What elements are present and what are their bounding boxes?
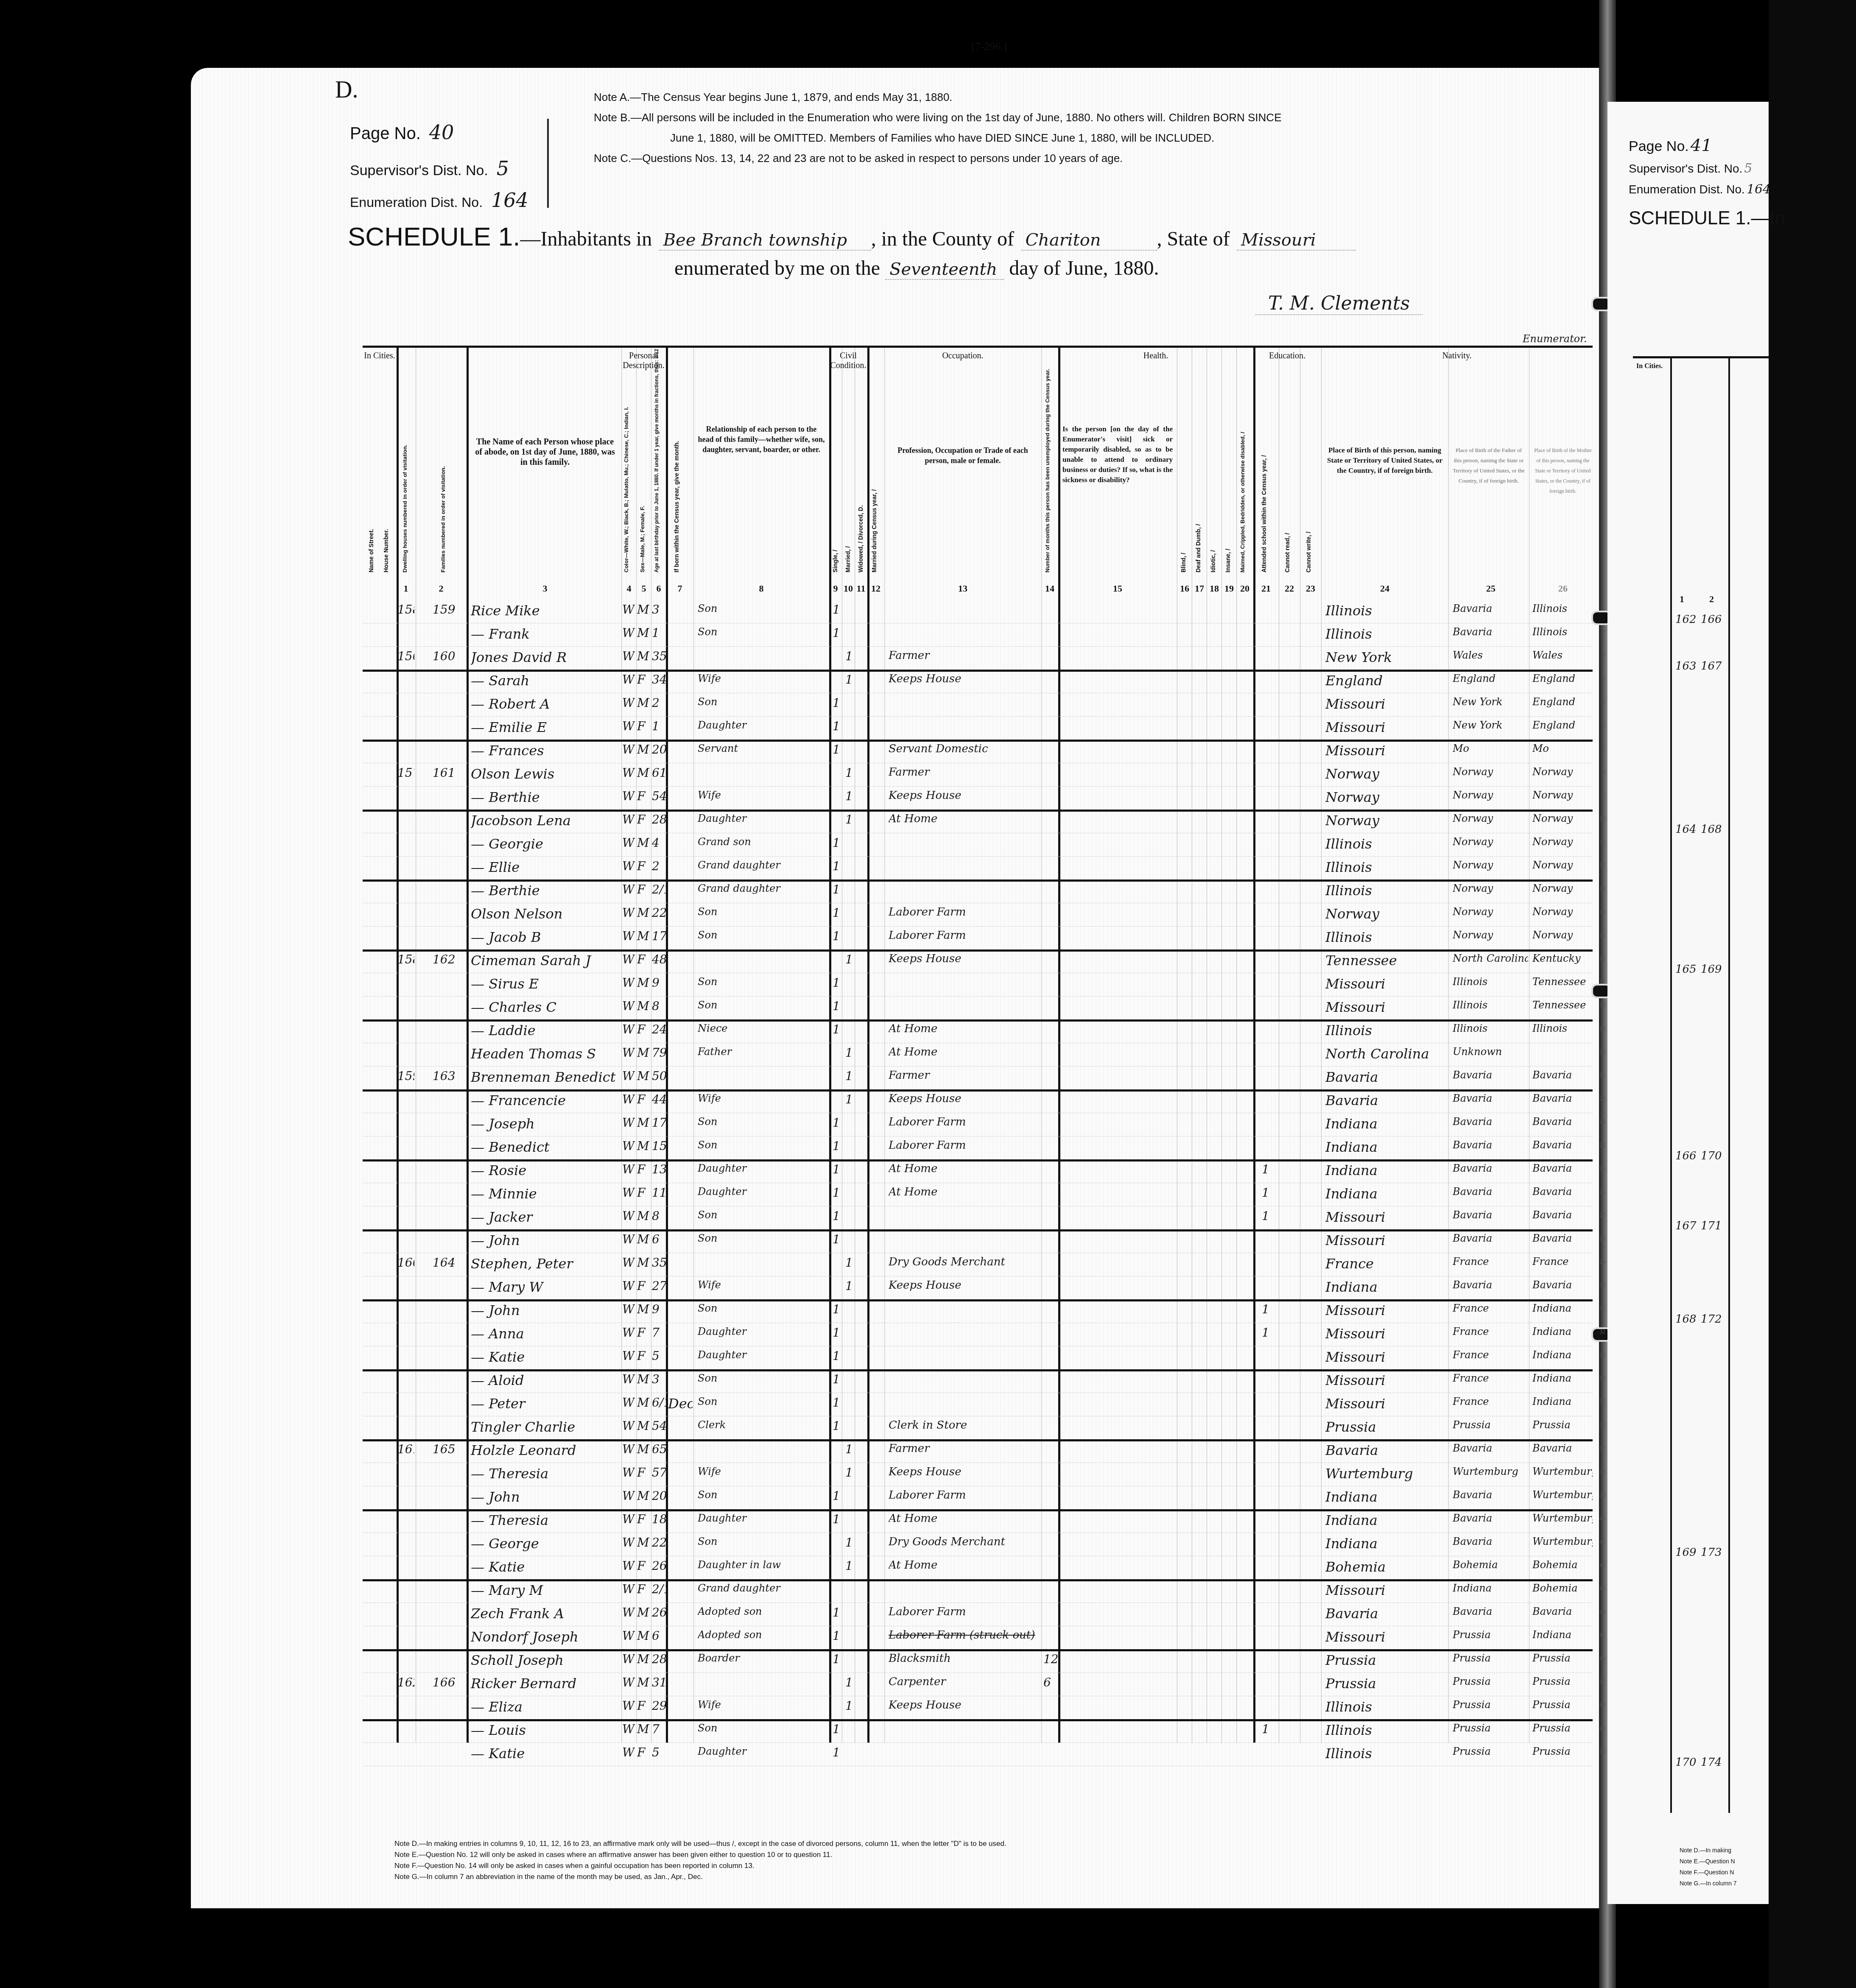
cell-color: W <box>622 719 635 733</box>
cell-father-birthplace: Bavaria <box>1453 1232 1528 1244</box>
cell-birthplace: Illinois <box>1325 603 1446 619</box>
cell-father-birthplace: Bavaria <box>1453 1512 1528 1524</box>
cell-birthplace: Bohemia <box>1325 1559 1446 1575</box>
cell-person-name: Jacobson Lena <box>471 813 619 829</box>
header-c1: Dwelling houses numbered in order of vis… <box>401 390 409 572</box>
cell-color: W <box>622 882 635 896</box>
cell-sex: M <box>637 1256 650 1270</box>
line-number: 20 <box>1599 1049 1605 1056</box>
cell-mother-birthplace: Indiana <box>1532 1372 1593 1384</box>
cell-relationship: Son <box>698 1232 827 1244</box>
cell-father-birthplace: Bavaria <box>1453 1069 1528 1081</box>
enumerator-label: Enumerator. <box>1523 333 1587 345</box>
next-dwelling-number: 168 <box>1675 1313 1697 1326</box>
colnum-6: 6 <box>650 583 667 594</box>
cell-age: 1 <box>652 626 666 640</box>
table-row: 162166Ricker BernardWM311Carpenter6Pruss… <box>363 1673 1593 1696</box>
line-number: 37 <box>1599 1446 1605 1452</box>
line-number: 10 <box>1599 816 1605 823</box>
cell-relationship: Adopted son <box>698 1605 827 1617</box>
cell-person-name: — Charles C <box>471 999 619 1015</box>
table-row: — Sirus EWM9Son1MissouriIllinoisTennesse… <box>363 973 1593 997</box>
cell-age: 1 <box>652 719 666 733</box>
cell-person-name: — John <box>471 1232 619 1248</box>
cell-sex: M <box>637 626 650 640</box>
cell-person-name: Brenneman Benedict <box>471 1069 619 1085</box>
cell-birthplace: Illinois <box>1325 882 1446 899</box>
note-d: Note D.—In making entries in columns 9, … <box>394 1838 1412 1849</box>
table-row: Zech Frank AWM26Adopted son1Laborer Farm… <box>363 1603 1593 1626</box>
cell-birthplace: Missouri <box>1325 1396 1446 1412</box>
cell-birthplace: Norway <box>1325 813 1446 829</box>
cell-relationship: Son <box>698 1116 827 1128</box>
cell-dwelling-number: 159 <box>397 1069 414 1083</box>
table-row: — BenedictWM15Son1Laborer FarmIndianaBav… <box>363 1136 1593 1162</box>
cell-color: W <box>622 766 635 780</box>
cell-relationship: Wife <box>698 1279 827 1291</box>
header-c7: If born within the Census year, give the… <box>672 373 681 572</box>
cell-sex: M <box>637 976 650 990</box>
cell-mother-birthplace: Illinois <box>1532 603 1593 614</box>
cell-mother-birthplace: Wurtemburg <box>1532 1466 1593 1477</box>
cell-mother-birthplace: Norway <box>1532 836 1593 848</box>
next-dwelling-number: 166 <box>1675 1150 1697 1162</box>
cell-person-name: Holzle Leonard <box>471 1442 619 1458</box>
cell-father-birthplace: France <box>1453 1302 1528 1314</box>
cell-occupation: Laborer Farm <box>889 1139 1039 1152</box>
table-row: — FrancencieWF44Wife1Keeps HouseBavariaB… <box>363 1090 1593 1113</box>
cell-color: W <box>622 1349 635 1363</box>
cell-relationship: Son <box>698 696 827 708</box>
cell-sex: F <box>637 1022 650 1036</box>
cell-age: 2/12 <box>652 1582 666 1596</box>
cell-sex: M <box>637 1372 650 1386</box>
cell-father-birthplace: Bavaria <box>1453 1536 1528 1547</box>
table-row: — PeterWM6/12DecSon1MissouriFranceIndian… <box>363 1393 1593 1416</box>
cell-sex: F <box>637 1466 650 1480</box>
colnum-17: 17 <box>1191 583 1208 594</box>
cell-color: W <box>622 1605 635 1619</box>
cell-occupation: Keeps House <box>889 1279 1039 1292</box>
cell-occupation: Servant Domestic <box>889 743 1039 755</box>
table-row: — Mary WWF27Wife1Keeps HouseIndianaBavar… <box>363 1276 1593 1301</box>
cell-relationship: Daughter <box>698 1349 827 1361</box>
header-c20: Maimed, Crippled, Bedridden, or otherwis… <box>1238 373 1247 572</box>
header-c22: Cannot read, / <box>1283 488 1291 572</box>
cell-occupation: Laborer Farm <box>889 1116 1039 1128</box>
table-row: — AnnaWF7Daughter11MissouriFranceIndiana… <box>363 1323 1593 1346</box>
cell-family-number: 159 <box>433 603 466 617</box>
cell-color: W <box>622 789 635 803</box>
cell-mother-birthplace: Wales <box>1532 649 1593 661</box>
line-number: 9 <box>1602 793 1605 799</box>
cell-sex: F <box>637 1326 650 1340</box>
cell-color: W <box>622 1675 635 1689</box>
cell-dwelling-number: 158 <box>397 952 414 966</box>
line-number: 13 <box>1599 886 1605 893</box>
colnum-26: 26 <box>1554 583 1571 594</box>
cell-sex: M <box>637 649 650 663</box>
cell-married-mark: 1 <box>845 1536 854 1550</box>
cell-birthplace: Missouri <box>1325 743 1446 759</box>
cell-color: W <box>622 696 635 710</box>
cell-sex: M <box>637 1629 650 1643</box>
cell-father-birthplace: Illinois <box>1453 976 1528 988</box>
next-dwelling-number: 167 <box>1675 1220 1697 1232</box>
cell-mother-birthplace: Bavaria <box>1532 1232 1593 1244</box>
header-c16: Blind, / <box>1179 526 1188 572</box>
cell-single-mark: 1 <box>833 1186 841 1200</box>
cell-sex: M <box>637 1419 650 1433</box>
cell-relationship: Wife <box>698 789 827 801</box>
cell-color: W <box>622 813 635 826</box>
cell-sex: M <box>637 603 650 617</box>
cell-color: W <box>622 1326 635 1340</box>
next-family-number: 167 <box>1701 660 1722 673</box>
cell-birthplace: Wurtemburg <box>1325 1466 1446 1482</box>
cell-single-mark: 1 <box>833 882 841 896</box>
cell-occupation: Keeps House <box>889 1699 1039 1712</box>
cell-sex: F <box>637 1349 650 1363</box>
cell-color: W <box>622 859 635 873</box>
line-number: 27 <box>1599 1212 1605 1219</box>
cell-sex: F <box>637 1745 650 1759</box>
cell-single-mark: 1 <box>833 1605 841 1619</box>
cell-single-mark: 1 <box>833 1722 841 1736</box>
form-id: [7-296.] <box>971 40 1007 53</box>
cell-age: 9 <box>652 1302 666 1316</box>
cell-married-mark: 1 <box>845 649 854 663</box>
cell-mother-birthplace: Norway <box>1532 882 1593 894</box>
cell-age: 22 <box>652 906 666 920</box>
cell-relationship: Boarder <box>698 1652 827 1664</box>
cell-person-name: — Katie <box>471 1349 619 1365</box>
cell-occupation: Laborer Farm <box>889 906 1039 919</box>
header-notes: Note A.—The Census Year begins June 1, 1… <box>594 87 1527 168</box>
cell-family-number: 162 <box>433 952 466 966</box>
cell-sex: M <box>637 743 650 757</box>
cell-age: 8 <box>652 1209 666 1223</box>
cell-relationship: Son <box>698 1536 827 1547</box>
cell-occupation: Keeps House <box>889 952 1039 965</box>
cell-married-mark: 1 <box>845 1046 854 1060</box>
cell-father-birthplace: Unknown <box>1453 1046 1528 1058</box>
cell-sex: M <box>637 1232 650 1246</box>
cell-occupation: At Home <box>889 1022 1039 1035</box>
cell-father-birthplace: Prussia <box>1453 1652 1528 1664</box>
cell-relationship: Daughter <box>698 1326 827 1337</box>
colnum-1: 1 <box>397 583 414 594</box>
colnum-23: 23 <box>1302 583 1319 594</box>
header-c21: Attended school within the Census year, … <box>1260 407 1268 572</box>
colnum-24: 24 <box>1376 583 1393 594</box>
colnum-22: 22 <box>1281 583 1298 594</box>
cell-mother-birthplace: Prussia <box>1532 1699 1593 1711</box>
cell-single-mark: 1 <box>833 929 841 943</box>
colnum-14: 14 <box>1041 583 1058 594</box>
line-number: 21 <box>1599 1072 1605 1079</box>
cell-mother-birthplace: Bavaria <box>1532 1069 1593 1081</box>
line-number: 36 <box>1599 1422 1605 1429</box>
cell-mother-birthplace: Norway <box>1532 859 1593 871</box>
cell-sex: F <box>637 1582 650 1596</box>
cell-father-birthplace: Norway <box>1453 813 1528 824</box>
cell-father-birthplace: Prussia <box>1453 1722 1528 1734</box>
table-row: Scholl JosephWM28Boarder1Blacksmith12Pru… <box>363 1650 1593 1673</box>
line-number: 35 <box>1599 1399 1605 1406</box>
cell-age: 27 <box>652 1279 666 1293</box>
cell-attended-school-mark: 1 <box>1262 1209 1277 1223</box>
cell-age: 5 <box>652 1745 666 1759</box>
cell-single-mark: 1 <box>833 1022 841 1036</box>
cell-attended-school-mark: 1 <box>1262 1326 1277 1340</box>
cell-family-number: 165 <box>433 1442 466 1456</box>
line-number: 3 <box>1602 653 1605 659</box>
table-row: Olson NelsonWM22Son1Laborer FarmNorwayNo… <box>363 903 1593 927</box>
cell-relationship: Grand daughter <box>698 882 827 894</box>
cell-single-mark: 1 <box>833 1162 841 1176</box>
cell-sex: M <box>637 1489 650 1503</box>
header-c8: Relationship of each person to the head … <box>698 424 825 455</box>
table-row: — KatieWF26Daughter in law1At HomeBohemi… <box>363 1556 1593 1581</box>
cell-single-mark: 1 <box>833 603 841 617</box>
cell-color: W <box>622 906 635 920</box>
table-row: Tingler CharlieWM54Clerk1Clerk in StoreP… <box>363 1416 1593 1441</box>
line-number: 30 <box>1599 1282 1605 1289</box>
cell-birthplace: Missouri <box>1325 1232 1446 1248</box>
table-row: — GeorgieWM4Grand son1IllinoisNorwayNorw… <box>363 833 1593 857</box>
cell-relationship: Daughter <box>698 1512 827 1524</box>
line-number: 12 <box>1599 863 1605 869</box>
line-number: 32 <box>1599 1329 1605 1336</box>
schedule-title-line: SCHEDULE 1.—Inhabitants in Bee Branch to… <box>348 221 1356 253</box>
cell-relationship: Daughter <box>698 1745 827 1757</box>
cell-sex: F <box>637 1186 650 1200</box>
cell-single-mark: 1 <box>833 1116 841 1130</box>
line-number: 45 <box>1599 1632 1605 1639</box>
line-number: 41 <box>1599 1539 1605 1546</box>
cell-father-birthplace: France <box>1453 1349 1528 1361</box>
cell-relationship: Son <box>698 906 827 918</box>
line-number: 18 <box>1599 1002 1605 1009</box>
table-row: — SarahWF34Wife1Keeps HouseEnglandEnglan… <box>363 670 1593 693</box>
cell-occupation: Keeps House <box>889 1092 1039 1105</box>
cell-father-birthplace: Illinois <box>1453 1022 1528 1034</box>
cell-sex: F <box>637 719 650 733</box>
cell-age: 20 <box>652 1489 666 1503</box>
cell-single-mark: 1 <box>833 1396 841 1410</box>
cell-birthplace: Missouri <box>1325 1372 1446 1388</box>
header-c23: Cannot write, / <box>1304 488 1313 572</box>
table-row: — Jacob BWM17Son1Laborer FarmIllinoisNor… <box>363 927 1593 952</box>
cell-mother-birthplace: England <box>1532 719 1593 731</box>
cell-age: 35 <box>652 649 666 663</box>
cell-birthplace: Illinois <box>1325 836 1446 852</box>
cell-age: 17 <box>652 929 666 943</box>
cell-mother-birthplace: Bohemia <box>1532 1559 1593 1571</box>
cell-person-name: — Louis <box>471 1722 619 1738</box>
cell-mother-birthplace: Illinois <box>1532 1022 1593 1034</box>
line-number: 31 <box>1599 1306 1605 1312</box>
cell-birthplace: Indiana <box>1325 1512 1446 1528</box>
cell-birthplace: Tennessee <box>1325 952 1446 969</box>
cell-occupation: Laborer Farm <box>889 929 1039 942</box>
cell-single-mark: 1 <box>833 836 841 850</box>
cell-person-name: — Joseph <box>471 1116 619 1132</box>
cell-mother-birthplace: Norway <box>1532 789 1593 801</box>
cell-age: 28 <box>652 813 666 826</box>
table-row: — EllieWF2Grand daughter1IllinoisNorwayN… <box>363 857 1593 882</box>
cell-single-mark: 1 <box>833 626 841 640</box>
cell-person-name: Jones David R <box>471 649 619 665</box>
note-c: Note C.—Questions Nos. 13, 14, 22 and 23… <box>594 148 1527 168</box>
cell-single-mark: 1 <box>833 1512 841 1526</box>
cell-single-mark: 1 <box>833 1209 841 1223</box>
cell-person-name: Stephen, Peter <box>471 1256 619 1272</box>
cell-birthplace: Indiana <box>1325 1186 1446 1202</box>
cell-color: W <box>622 1512 635 1526</box>
table-row: — JohnWM20Son1Laborer FarmIndianaBavaria… <box>363 1486 1593 1511</box>
cell-relationship: Son <box>698 1302 827 1314</box>
cell-father-birthplace: Norway <box>1453 929 1528 941</box>
table-row: Jacobson LenaWF28Daughter1At HomeNorwayN… <box>363 810 1593 833</box>
cell-color: W <box>622 1302 635 1316</box>
cell-color: W <box>622 1209 635 1223</box>
cell-person-name: — Sirus E <box>471 976 619 992</box>
cell-father-birthplace: England <box>1453 673 1528 684</box>
cell-sex: M <box>637 1046 650 1060</box>
cell-birthplace: Indiana <box>1325 1489 1446 1505</box>
cell-birthplace: Missouri <box>1325 1209 1446 1225</box>
cell-married-mark: 1 <box>845 813 854 826</box>
cell-person-name: — Jacker <box>471 1209 619 1225</box>
cell-father-birthplace: Bavaria <box>1453 1186 1528 1198</box>
next-dwelling-number: 162 <box>1675 613 1697 626</box>
cell-color: W <box>622 1279 635 1293</box>
cell-color: W <box>622 649 635 663</box>
cell-color: W <box>622 1116 635 1130</box>
table-row: — BerthieWF2/12Grand daughter1IllinoisNo… <box>363 880 1593 903</box>
cell-birthplace: Norway <box>1325 906 1446 922</box>
header-c25: Place of Birth of the Father of this per… <box>1453 445 1525 486</box>
header-c15: Is the person [on the day of the Enumera… <box>1062 424 1173 485</box>
cell-person-name: — Aloid <box>471 1372 619 1388</box>
cell-single-mark: 1 <box>833 1419 841 1433</box>
cell-family-number: 163 <box>433 1069 466 1083</box>
cell-relationship: Daughter <box>698 813 827 824</box>
cell-father-birthplace: France <box>1453 1326 1528 1337</box>
cell-sex: F <box>637 1699 650 1713</box>
cell-sex: M <box>637 1116 650 1130</box>
colnum-11: 11 <box>853 583 869 594</box>
scan-border <box>1769 0 1856 1988</box>
header-c10: Married, / <box>844 509 852 572</box>
table-row: 158162Cimeman Sarah JWF481Keeps HouseTen… <box>363 950 1593 973</box>
cell-sex: M <box>637 1209 650 1223</box>
cell-color: W <box>622 1396 635 1410</box>
cell-sex: M <box>637 1442 650 1456</box>
cell-occupation: At Home <box>889 1046 1039 1058</box>
cell-birthplace: Illinois <box>1325 859 1446 875</box>
cell-occupation: Carpenter <box>889 1675 1039 1688</box>
cell-father-birthplace: Bavaria <box>1453 1279 1528 1291</box>
cell-color: W <box>622 1559 635 1573</box>
cell-birthplace: Indiana <box>1325 1139 1446 1155</box>
cell-mother-birthplace: England <box>1532 696 1593 708</box>
cell-occupation: At Home <box>889 1162 1039 1175</box>
cell-mother-birthplace: Norway <box>1532 929 1593 941</box>
cell-single-mark: 1 <box>833 1349 841 1363</box>
cell-birthplace: Prussia <box>1325 1419 1446 1435</box>
cell-birthplace: Missouri <box>1325 1326 1446 1342</box>
cell-father-birthplace: France <box>1453 1372 1528 1384</box>
cell-color: W <box>622 743 635 757</box>
line-number: 48 <box>1599 1702 1605 1709</box>
cell-sex: M <box>637 1139 650 1153</box>
cell-color: W <box>622 976 635 990</box>
cell-person-name: — Frank <box>471 626 619 642</box>
cell-person-name: Cimeman Sarah J <box>471 952 619 969</box>
cell-married-mark: 1 <box>845 1442 854 1456</box>
cell-sex: M <box>637 906 650 920</box>
cell-color: W <box>622 929 635 943</box>
cell-occupation: Blacksmith <box>889 1652 1039 1665</box>
cell-sex: M <box>637 1069 650 1083</box>
cell-birthplace: Missouri <box>1325 1349 1446 1365</box>
cell-person-name: — Peter <box>471 1396 619 1412</box>
cell-father-birthplace: Bavaria <box>1453 1139 1528 1151</box>
next-dwelling-number: 163 <box>1675 660 1697 673</box>
header-c24: Place of Birth of this person, naming St… <box>1325 445 1444 476</box>
header-c4: Color—White, W.; Black, B.; Mulatto, Mu.… <box>622 377 631 572</box>
cell-occupation: Keeps House <box>889 789 1039 802</box>
colnum-5: 5 <box>635 583 652 594</box>
cell-father-birthplace: Prussia <box>1453 1419 1528 1431</box>
cell-mother-birthplace: Bavaria <box>1532 1186 1593 1198</box>
cell-married-mark: 1 <box>845 1279 854 1293</box>
colnum-7: 7 <box>671 583 688 594</box>
cell-age: 20 <box>652 743 666 757</box>
cell-relationship: Son <box>698 929 827 941</box>
cell-single-mark: 1 <box>833 859 841 873</box>
line-number: 44 <box>1599 1609 1605 1616</box>
cell-dwelling-number: 161 <box>397 1442 414 1456</box>
cell-color: W <box>622 1092 635 1106</box>
cell-relationship: Son <box>698 1209 827 1221</box>
line-number: 14 <box>1599 909 1605 916</box>
cell-color: W <box>622 952 635 966</box>
cell-color: W <box>622 1069 635 1083</box>
cell-sex: F <box>637 673 650 687</box>
cell-birthplace: Missouri <box>1325 999 1446 1015</box>
cell-person-name: — Mary M <box>471 1582 619 1598</box>
group-civil: Civil Condition. <box>829 351 867 371</box>
enumerator-signature: T. M. Clements <box>1255 293 1423 315</box>
line-number: 8 <box>1602 769 1605 776</box>
cell-color: W <box>622 1186 635 1200</box>
header-c9: Single, / <box>831 509 839 572</box>
cell-birthplace: Prussia <box>1325 1675 1446 1692</box>
colnum-20: 20 <box>1236 583 1253 594</box>
line-number: 34 <box>1599 1376 1605 1382</box>
cell-sex: F <box>637 1279 650 1293</box>
cell-relationship: Clerk <box>698 1419 827 1431</box>
line-number: 6 <box>1602 723 1605 729</box>
cell-age: 6 <box>652 1629 666 1643</box>
cell-relationship: Servant <box>698 743 827 754</box>
table-row: — FrancesWM20Servant1Servant DomesticMis… <box>363 740 1593 763</box>
cell-birthplace: Missouri <box>1325 696 1446 712</box>
